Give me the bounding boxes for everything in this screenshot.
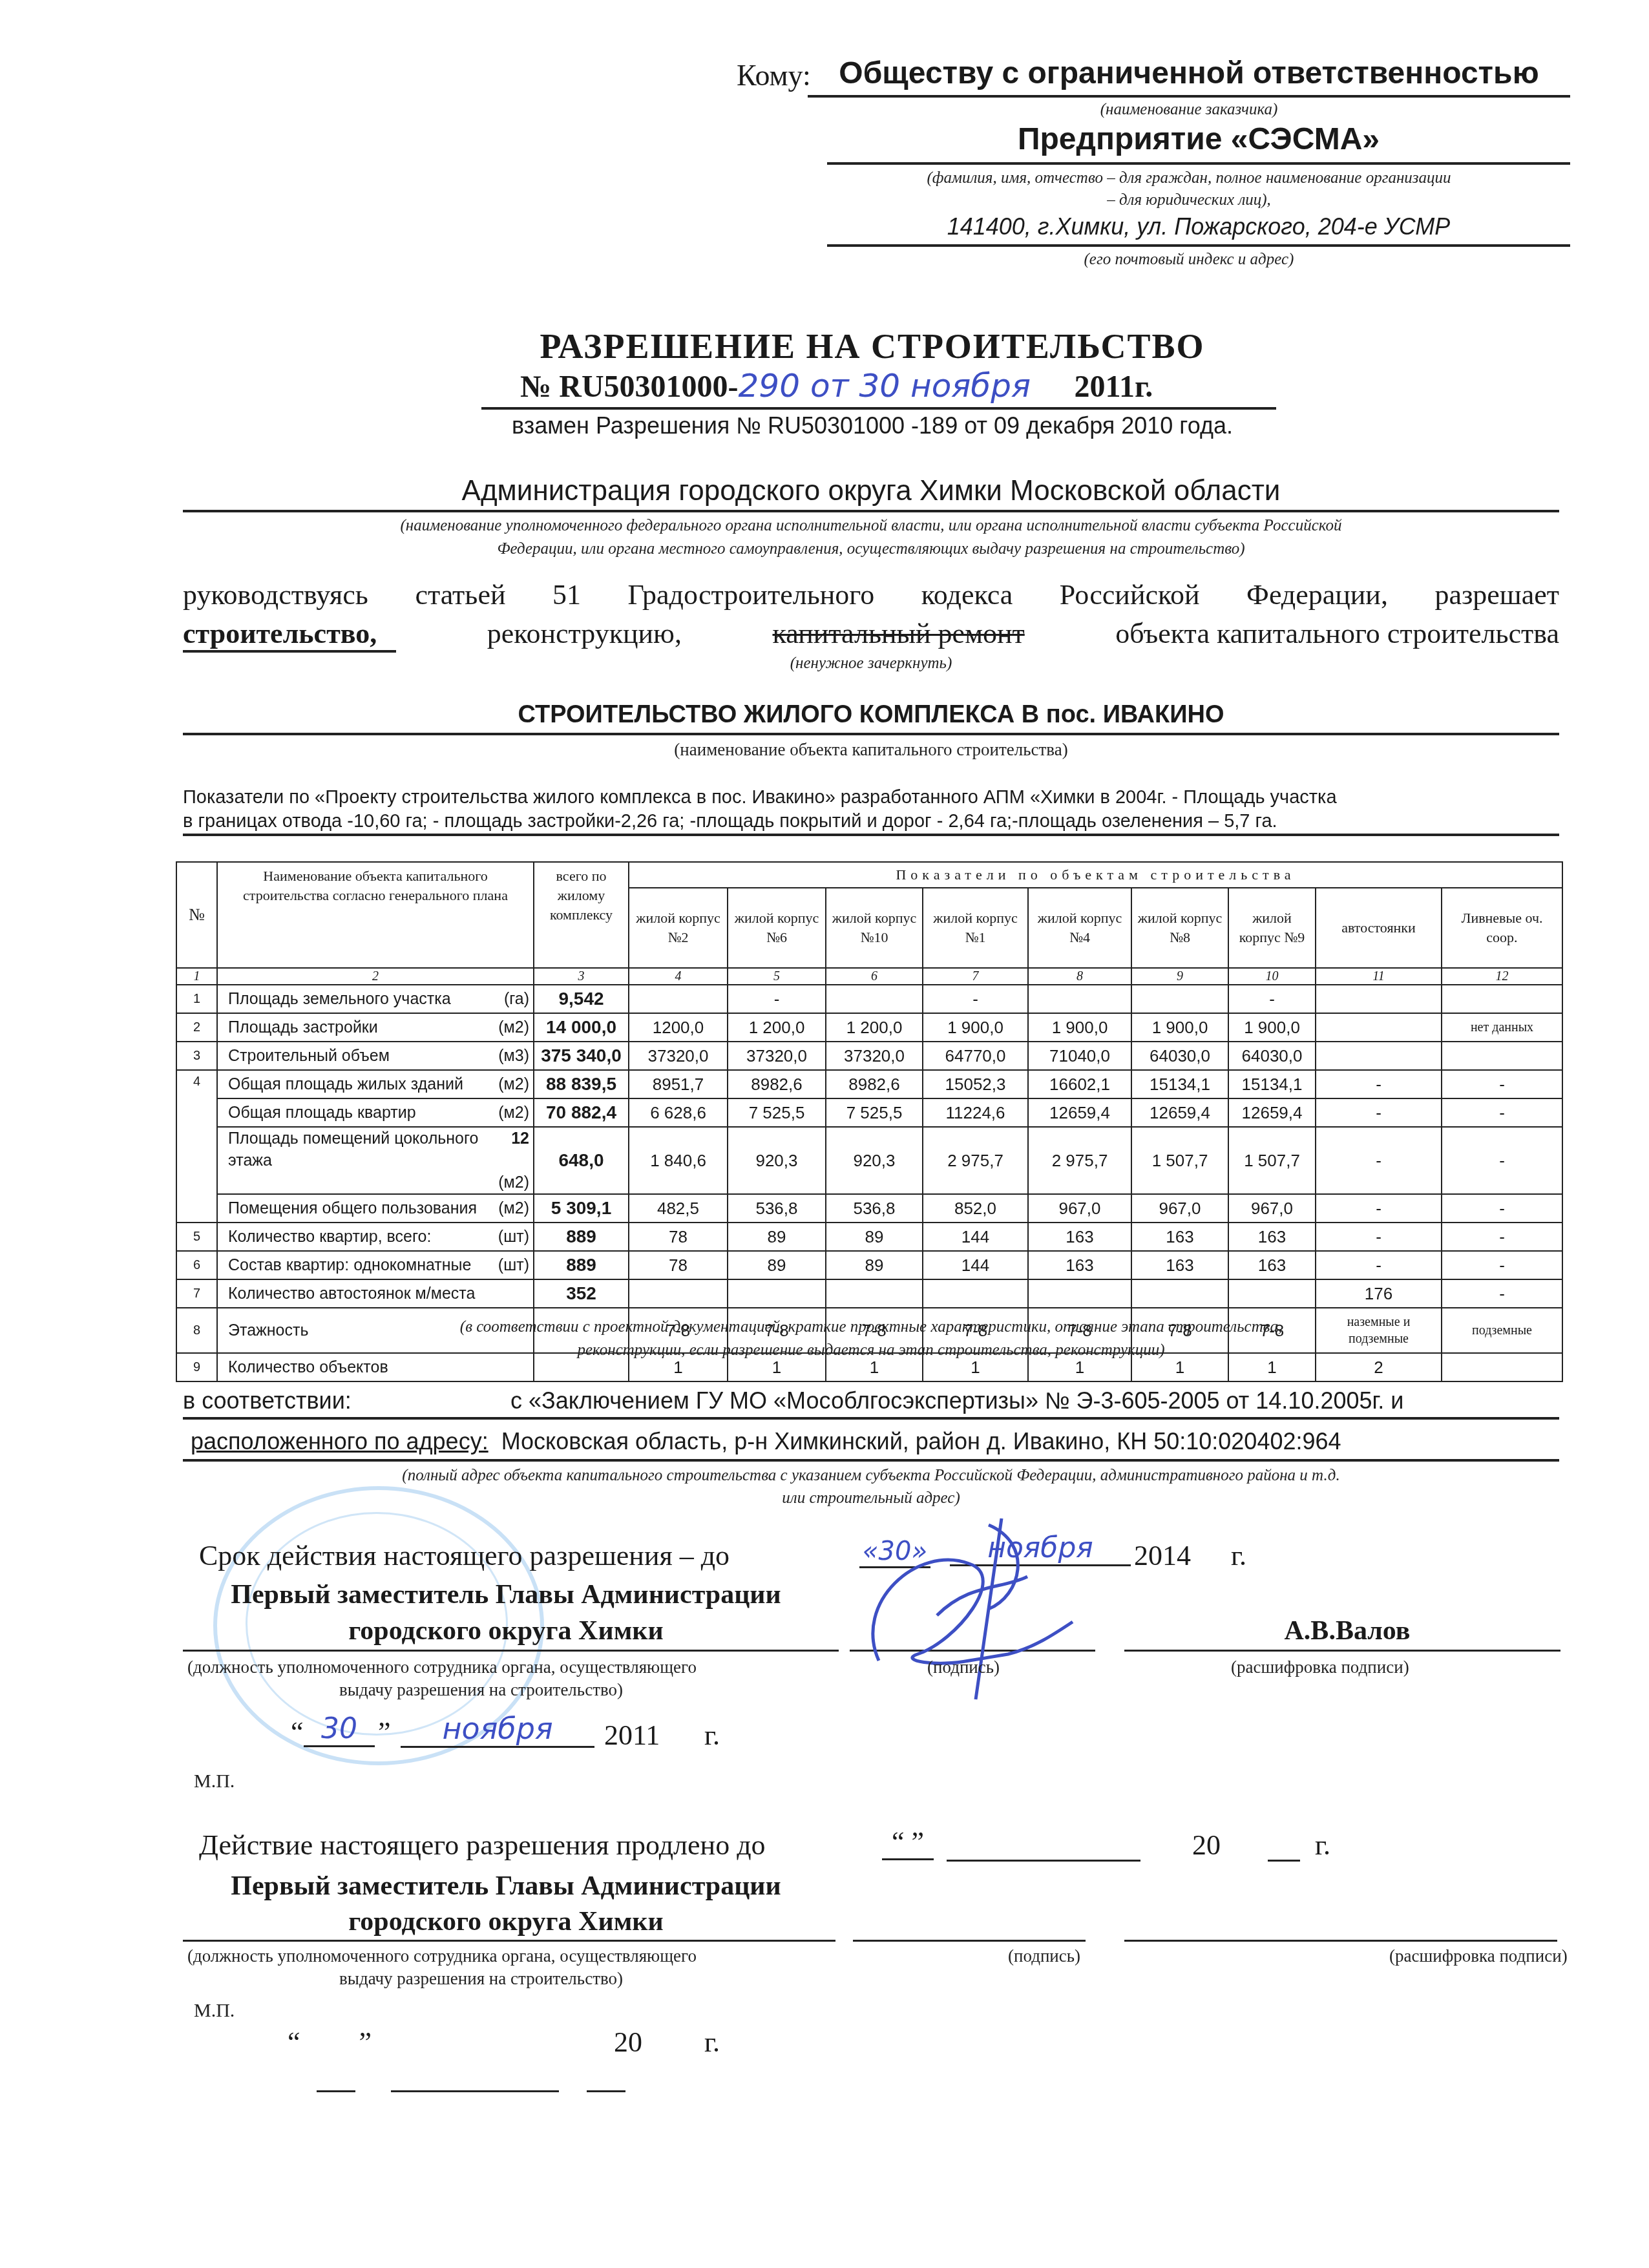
row-value: 64770,0 xyxy=(923,1042,1028,1070)
row-label: Количество автостоянок м/места xyxy=(228,1285,475,1303)
row-value: 15052,3 xyxy=(923,1070,1028,1098)
extension-position-1: Первый заместитель Главы Администрации xyxy=(183,1871,829,1902)
row-value: - xyxy=(1316,1194,1442,1223)
column-index: 8 xyxy=(1028,968,1131,985)
recipient-line2-caption-1: (фамилия, имя, отчество – для граждан, п… xyxy=(808,169,1570,187)
row-value: 1 900,0 xyxy=(923,1013,1028,1042)
row-unit: (шт) xyxy=(498,1226,529,1248)
row-value: 920,3 xyxy=(826,1127,923,1194)
row-value: 852,0 xyxy=(923,1194,1028,1223)
row-value: 536,8 xyxy=(728,1194,826,1223)
column-index: 1 xyxy=(176,968,217,985)
extension-date-g: г. xyxy=(704,2026,720,2059)
row-total: 352 xyxy=(534,1279,629,1308)
row-value: 37320,0 xyxy=(826,1042,923,1070)
column-index: 3 xyxy=(534,968,629,985)
row-label: Состав квартир: однокомнатные xyxy=(228,1256,471,1274)
row-value: - xyxy=(1442,1251,1562,1279)
accordance-underline xyxy=(183,1417,1559,1420)
address-value: Московская область, р-н Химкинский, райо… xyxy=(501,1428,1341,1454)
caption-position-2: выдачу разрешения на строительство) xyxy=(339,1680,623,1700)
row-label: Общая площадь жилых зданий xyxy=(228,1075,463,1093)
row-name: (м2)Площадь застройки xyxy=(217,1013,534,1042)
row-value xyxy=(1131,1279,1228,1308)
extension-g: г. xyxy=(1315,1829,1330,1862)
row-value xyxy=(826,1279,923,1308)
recipient-address-caption: (его почтовый индекс и адрес) xyxy=(808,251,1570,269)
header-total: всего по жилому комплексу xyxy=(534,862,629,968)
row-value: 8951,7 xyxy=(629,1070,728,1098)
authority-caption-2: Федерации, или органа местного самоуправ… xyxy=(183,540,1559,558)
row-value: 967,0 xyxy=(1131,1194,1228,1223)
row-number: 5 xyxy=(176,1223,217,1251)
permit-number: № RU50301000-290 от 30 ноября2011г. xyxy=(481,367,1276,410)
extension-date-year-field[interactable] xyxy=(587,2090,625,2092)
column-index: 2 xyxy=(217,968,534,985)
row-value xyxy=(629,985,728,1013)
sign-date-g: г. xyxy=(704,1719,720,1752)
row-value: 89 xyxy=(826,1223,923,1251)
row-value: 163 xyxy=(1131,1251,1228,1279)
table-row: (м2)Общая площадь квартир70 882,46 628,6… xyxy=(176,1098,1562,1127)
row-value xyxy=(1442,985,1562,1013)
row-value xyxy=(1131,985,1228,1013)
table-caption-2: реконструкции, если разрешение выдается … xyxy=(183,1341,1559,1360)
accordance-label: в соответствии: xyxy=(183,1387,352,1414)
row-number: 4 xyxy=(176,1070,217,1223)
row-value: 163 xyxy=(1228,1223,1316,1251)
row-value: 1 900,0 xyxy=(1131,1013,1228,1042)
row-total: 9,542 xyxy=(534,985,629,1013)
row-label: Площадь помещений цокольного этажа xyxy=(228,1129,479,1170)
header-column: жилой корпус №1 xyxy=(923,888,1028,968)
table-row: 3(м3)Строительный объем375 340,037320,03… xyxy=(176,1042,1562,1070)
row-label: Количество квартир, всего: xyxy=(228,1228,431,1246)
row-label: Строительный объем xyxy=(228,1047,390,1065)
extension-caption-signature: (подпись) xyxy=(1008,1946,1080,1966)
row-label: Площадь земельного участка xyxy=(228,990,451,1008)
row-total: 88 839,5 xyxy=(534,1070,629,1098)
header-column: жилой корпус №9 xyxy=(1228,888,1316,968)
row-value: 7 525,5 xyxy=(826,1098,923,1127)
row-value: 37320,0 xyxy=(629,1042,728,1070)
row-value: 920,3 xyxy=(728,1127,826,1194)
row-value: - xyxy=(1316,1070,1442,1098)
row-value: 1 840,6 xyxy=(629,1127,728,1194)
column-index: 10 xyxy=(1228,968,1316,985)
row-value: нет данных xyxy=(1442,1013,1562,1042)
row-value: 163 xyxy=(1028,1251,1131,1279)
row-value: 37320,0 xyxy=(728,1042,826,1070)
permit-heading: РАЗРЕШЕНИЕ НА СТРОИТЕЛЬСТВО xyxy=(388,326,1357,366)
row-total: 889 xyxy=(534,1251,629,1279)
row-total: 5 309,1 xyxy=(534,1194,629,1223)
table-caption-1: (в соответствии с проектной документацие… xyxy=(183,1318,1559,1336)
indicators-table: № Наименование объекта капитального стро… xyxy=(176,861,1563,1382)
row-value: 6 628,6 xyxy=(629,1098,728,1127)
sign-date-close-quote: ” xyxy=(378,1716,391,1748)
row-value: - xyxy=(728,985,826,1013)
extension-signature-field[interactable] xyxy=(853,1940,1086,1942)
table-row: 6(шт)Состав квартир: однокомнатные889788… xyxy=(176,1251,1562,1279)
header-column: жилой корпус №10 xyxy=(826,888,923,968)
row-number: 3 xyxy=(176,1042,217,1070)
row-value: 7 525,5 xyxy=(728,1098,826,1127)
row-value xyxy=(1028,985,1131,1013)
extension-date-century: 20 xyxy=(614,2026,642,2059)
table-row: 5(шт)Количество квартир, всего:889788989… xyxy=(176,1223,1562,1251)
row-unit: (м2) xyxy=(498,1016,529,1038)
table-row: 4(м2)Общая площадь жилых зданий88 839,58… xyxy=(176,1070,1562,1098)
extension-month-field[interactable] xyxy=(947,1860,1140,1862)
recipient-line1: Обществу с ограниченной ответственностью xyxy=(808,56,1570,98)
permit-replaces: взамен Разрешения № RU50301000 -189 от 0… xyxy=(388,412,1357,439)
signatory-name: А.В.Валов xyxy=(1137,1615,1557,1646)
row-value: 163 xyxy=(1131,1223,1228,1251)
extension-stamp-place-mp: М.П. xyxy=(194,2000,235,2022)
body-rest: объекта капитального строительства xyxy=(1115,617,1559,653)
row-value: 11224,6 xyxy=(923,1098,1028,1127)
signatory-position-2: городского округа Химки xyxy=(183,1615,829,1646)
header-column: жилой корпус №8 xyxy=(1131,888,1228,968)
table-row: 12Площадь помещений цокольного этажа(м2)… xyxy=(176,1127,1562,1194)
row-value: 536,8 xyxy=(826,1194,923,1223)
header-group: Показатели по объектам строительства xyxy=(629,862,1562,888)
row-unit: (м2) xyxy=(498,1173,529,1192)
row-number: 2 xyxy=(176,1013,217,1042)
row-value: 78 xyxy=(629,1223,728,1251)
row-value: 89 xyxy=(826,1251,923,1279)
name-underline xyxy=(1124,1650,1560,1652)
row-value xyxy=(1228,1279,1316,1308)
row-value: - xyxy=(1316,1098,1442,1127)
object-indicators-2: в границах отвода -10,60 га; - площадь з… xyxy=(183,811,1559,836)
row-value: 16602,1 xyxy=(1028,1070,1131,1098)
row-value: 12659,4 xyxy=(1028,1098,1131,1127)
header-name: Наименование объекта капитального строит… xyxy=(217,862,534,968)
extension-name-field[interactable] xyxy=(1124,1940,1557,1942)
row-value: 967,0 xyxy=(1228,1194,1316,1223)
row-label: Помещения общего пользования xyxy=(228,1199,477,1217)
validity-year: 2014 xyxy=(1134,1539,1191,1572)
row-value: - xyxy=(1442,1223,1562,1251)
row-value: 2 975,7 xyxy=(1028,1127,1131,1194)
table-row: 2(м2)Площадь застройки14 000,01200,01 20… xyxy=(176,1013,1562,1042)
row-name: Количество автостоянок м/места xyxy=(217,1279,534,1308)
row-total-prefix: 12 xyxy=(511,1128,529,1150)
sign-date-open-quote: “ xyxy=(291,1716,304,1748)
header-column: жилой корпус №4 xyxy=(1028,888,1131,968)
row-value xyxy=(629,1279,728,1308)
row-name: (м3)Строительный объем xyxy=(217,1042,534,1070)
caption-name: (расшифровка подписи) xyxy=(1231,1657,1409,1677)
authority-caption-1: (наименование уполномоченного федерально… xyxy=(183,517,1559,535)
header-column: жилой корпус №6 xyxy=(728,888,826,968)
row-value: 8982,6 xyxy=(826,1070,923,1098)
row-value: 89 xyxy=(728,1251,826,1279)
row-unit: (м2) xyxy=(498,1102,529,1124)
permit-number-suffix: 2011г. xyxy=(1075,370,1153,404)
address-label: расположенного по адресу: xyxy=(191,1428,488,1454)
object-indicators-1: Показатели по «Проекту строительства жил… xyxy=(183,787,1559,808)
extension-caption-position-2: выдачу разрешения на строительство) xyxy=(339,1969,623,1989)
row-value: 2 975,7 xyxy=(923,1127,1028,1194)
row-total: 70 882,4 xyxy=(534,1098,629,1127)
extension-date-month-field[interactable] xyxy=(391,2090,559,2092)
row-value: 15134,1 xyxy=(1228,1070,1316,1098)
row-name: (шт)Состав квартир: однокомнатные xyxy=(217,1251,534,1279)
row-unit: (м2) xyxy=(498,1073,529,1095)
recipient-address: 141400, г.Химки, ул. Пожарского, 204-е У… xyxy=(827,213,1570,247)
row-value: 89 xyxy=(728,1223,826,1251)
row-value: 1200,0 xyxy=(629,1013,728,1042)
column-index: 11 xyxy=(1316,968,1442,985)
row-name: (шт)Количество квартир, всего: xyxy=(217,1223,534,1251)
row-value: 64030,0 xyxy=(1228,1042,1316,1070)
recipient-line2-caption-2: – для юридических лиц), xyxy=(808,191,1570,209)
row-value: 163 xyxy=(1028,1223,1131,1251)
row-value xyxy=(923,1279,1028,1308)
row-name: 12Площадь помещений цокольного этажа(м2) xyxy=(217,1127,534,1194)
row-number: 6 xyxy=(176,1251,217,1279)
row-value xyxy=(1442,1042,1562,1070)
row-unit: (га) xyxy=(504,988,529,1010)
extension-position-2: городского округа Химки xyxy=(183,1906,829,1937)
address-underline xyxy=(183,1459,1559,1462)
row-name: (м2)Помещения общего пользования xyxy=(217,1194,534,1223)
row-name: (га)Площадь земельного участка xyxy=(217,985,534,1013)
row-value: - xyxy=(1442,1279,1562,1308)
authority-name: Администрация городского округа Химки Мо… xyxy=(183,475,1559,512)
row-value: 1 200,0 xyxy=(826,1013,923,1042)
row-value: 12659,4 xyxy=(1228,1098,1316,1127)
header-column: Ливневые оч. соор. xyxy=(1442,888,1562,968)
row-value: - xyxy=(923,985,1028,1013)
table-row: 7Количество автостоянок м/места352176- xyxy=(176,1279,1562,1308)
object-caption: (наименование объекта капитального строи… xyxy=(183,740,1559,760)
row-value: 1 200,0 xyxy=(728,1013,826,1042)
row-value xyxy=(1028,1279,1131,1308)
extension-label: Действие настоящего разрешения продлено … xyxy=(199,1829,766,1862)
row-label: Общая площадь квартир xyxy=(228,1104,416,1122)
row-total: 375 340,0 xyxy=(534,1042,629,1070)
row-total: 14 000,0 xyxy=(534,1013,629,1042)
accordance-value: с «Заключением ГУ МО «Мособлгосэкспертиз… xyxy=(510,1387,1403,1414)
row-value: 1 507,7 xyxy=(1228,1127,1316,1194)
row-value: 967,0 xyxy=(1028,1194,1131,1223)
row-value xyxy=(1316,1042,1442,1070)
table-row: (м2)Помещения общего пользования5 309,14… xyxy=(176,1194,1562,1223)
recipient-line1-caption: (наименование заказчика) xyxy=(808,101,1570,119)
row-value: - xyxy=(1316,1223,1442,1251)
row-value: - xyxy=(1442,1070,1562,1098)
extension-year-field[interactable] xyxy=(1268,1860,1300,1862)
accordance-caption-1: (полный адрес объекта капитального строи… xyxy=(183,1467,1559,1485)
caption-signature: (подпись) xyxy=(927,1657,1000,1677)
permit-number-prefix: № RU50301000- xyxy=(520,370,739,404)
extension-position-underline xyxy=(183,1940,835,1942)
extension-date-quotes: “ ” xyxy=(288,2026,397,2059)
row-value: - xyxy=(1442,1194,1562,1223)
object-name: СТРОИТЕЛЬСТВО ЖИЛОГО КОМПЛЕКСА В пос. ИВ… xyxy=(183,701,1559,735)
row-value: 482,5 xyxy=(629,1194,728,1223)
header-no: № xyxy=(176,862,217,968)
extension-quotes[interactable]: “ ” xyxy=(882,1825,934,1860)
row-value: 78 xyxy=(629,1251,728,1279)
row-name: (м2)Общая площадь жилых зданий xyxy=(217,1070,534,1098)
column-index: 9 xyxy=(1131,968,1228,985)
extension-caption-position-1: (должность уполномоченного сотрудника ор… xyxy=(187,1946,697,1966)
header-column: автостоянки xyxy=(1316,888,1442,968)
row-total: 889 xyxy=(534,1223,629,1251)
body-allowed: строительство, xyxy=(183,617,396,653)
handwritten-signature-icon xyxy=(840,1506,1111,1719)
recipient-line2: Предприятие «СЭСМА» xyxy=(827,121,1570,165)
body-caption: (ненужное зачеркнуть) xyxy=(183,655,1559,673)
sign-date-year: 2011 xyxy=(604,1719,660,1752)
row-number: 1 xyxy=(176,985,217,1013)
row-value: - xyxy=(1442,1127,1562,1194)
row-value: 163 xyxy=(1228,1251,1316,1279)
body-option-reconstruction: реконструкцию, xyxy=(487,617,682,653)
row-value: 1 900,0 xyxy=(1228,1013,1316,1042)
body-option-struck: капитальный ремонт xyxy=(772,617,1024,653)
sign-date-day: 30 xyxy=(304,1712,375,1747)
row-value xyxy=(826,985,923,1013)
column-index: 6 xyxy=(826,968,923,985)
row-name: (м2)Общая площадь квартир xyxy=(217,1098,534,1127)
row-number: 7 xyxy=(176,1279,217,1308)
row-value: 176 xyxy=(1316,1279,1442,1308)
row-value xyxy=(1316,1013,1442,1042)
row-value: - xyxy=(1228,985,1316,1013)
extension-date-day-field[interactable] xyxy=(317,2090,355,2092)
row-unit: (шт) xyxy=(498,1254,529,1276)
row-value: 12659,4 xyxy=(1131,1098,1228,1127)
address-line: расположенного по адресу: Московская обл… xyxy=(191,1428,1341,1455)
column-index: 7 xyxy=(923,968,1028,985)
row-value: 144 xyxy=(923,1251,1028,1279)
row-label: Количество объектов xyxy=(228,1358,388,1376)
body-line-2: строительство, реконструкцию, капитальны… xyxy=(183,617,1559,653)
signatory-position-1: Первый заместитель Главы Администрации xyxy=(183,1579,829,1610)
permit-number-handwritten: 290 от 30 ноября xyxy=(739,367,1075,404)
row-unit: (м2) xyxy=(498,1197,529,1219)
row-value: 1 900,0 xyxy=(1028,1013,1131,1042)
recipient-label: Кому: xyxy=(737,58,811,92)
extension-century: 20 xyxy=(1192,1829,1221,1862)
row-value: 64030,0 xyxy=(1131,1042,1228,1070)
validity-g: г. xyxy=(1231,1539,1246,1572)
position-underline xyxy=(183,1650,839,1652)
row-value: 144 xyxy=(923,1223,1028,1251)
column-index: 5 xyxy=(728,968,826,985)
row-value: - xyxy=(1316,1127,1442,1194)
body-line-1: руководствуясь статьей 51 Градостроитель… xyxy=(183,578,1559,611)
caption-position-1: (должность уполномоченного сотрудника ор… xyxy=(187,1657,697,1677)
row-value: 71040,0 xyxy=(1028,1042,1131,1070)
header-column: жилой корпус №2 xyxy=(629,888,728,968)
row-value: - xyxy=(1442,1098,1562,1127)
row-unit: (м3) xyxy=(498,1045,529,1067)
row-value: 15134,1 xyxy=(1131,1070,1228,1098)
extension-caption-name: (расшифровка подписи) xyxy=(1389,1946,1568,1966)
row-value xyxy=(1316,985,1442,1013)
validity-label: Срок действия настоящего разрешения – до xyxy=(199,1539,730,1572)
row-value: - xyxy=(1316,1251,1442,1279)
row-value: 1 507,7 xyxy=(1131,1127,1228,1194)
row-value: 8982,6 xyxy=(728,1070,826,1098)
row-value xyxy=(728,1279,826,1308)
table-row: 1(га)Площадь земельного участка9,542--- xyxy=(176,985,1562,1013)
sign-date-month: ноября xyxy=(401,1711,594,1748)
stamp-place-mp: М.П. xyxy=(194,1770,235,1792)
column-index: 4 xyxy=(629,968,728,985)
row-label: Площадь застройки xyxy=(228,1018,378,1036)
row-total: 648,0 xyxy=(534,1127,629,1194)
column-index: 12 xyxy=(1442,968,1562,985)
